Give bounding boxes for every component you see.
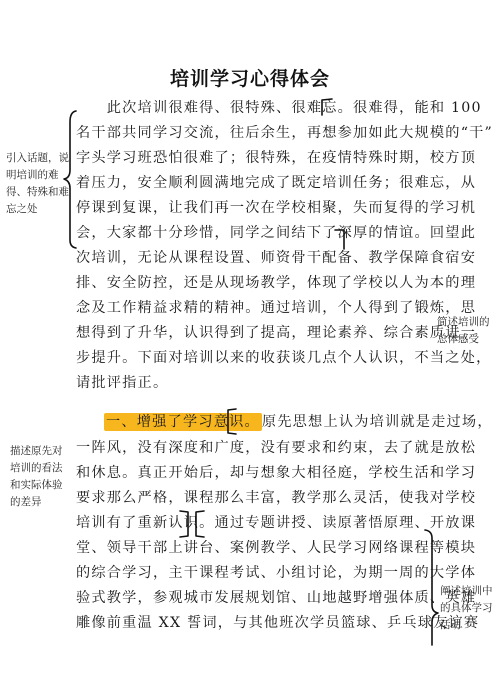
close-bracket-icon: [180, 511, 188, 537]
right-brace-icon: [425, 530, 438, 645]
annotation-brackets: [0, 0, 500, 693]
open-bracket-icon: [322, 99, 332, 115]
left-brace-icon: [64, 111, 76, 248]
close-bracket-icon: [335, 230, 344, 249]
open-bracket-icon: [196, 511, 204, 537]
open-bracket-icon: [228, 409, 236, 434]
